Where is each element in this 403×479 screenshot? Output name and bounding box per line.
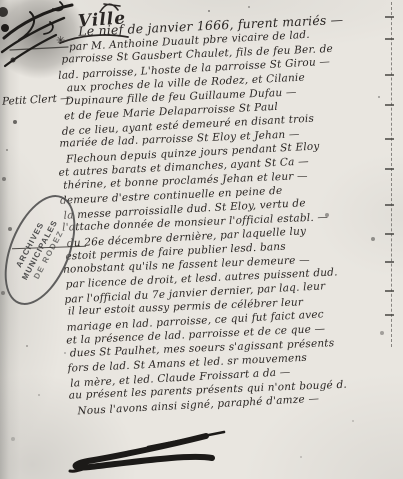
edge-tick: [385, 233, 394, 235]
manuscript-text-block: Le nief de janvier 1666, furent mariés —…: [52, 11, 403, 418]
edge-tick: [385, 138, 394, 140]
edge-tick: [385, 168, 394, 170]
scanned-manuscript-page: Ville ✳ Petit Clert — Le nief de janvier…: [0, 0, 403, 479]
edge-tick: [385, 104, 394, 106]
edge-tick: [385, 314, 394, 316]
edge-tick: [385, 261, 394, 263]
edge-tick: [385, 204, 394, 206]
edge-tick: [385, 74, 394, 76]
edge-tick: [385, 38, 394, 40]
edge-tick: [385, 290, 394, 292]
signature-flourish-icon: [56, 428, 236, 474]
edge-tick: [385, 16, 394, 18]
page-edge-line: [391, 2, 392, 347]
